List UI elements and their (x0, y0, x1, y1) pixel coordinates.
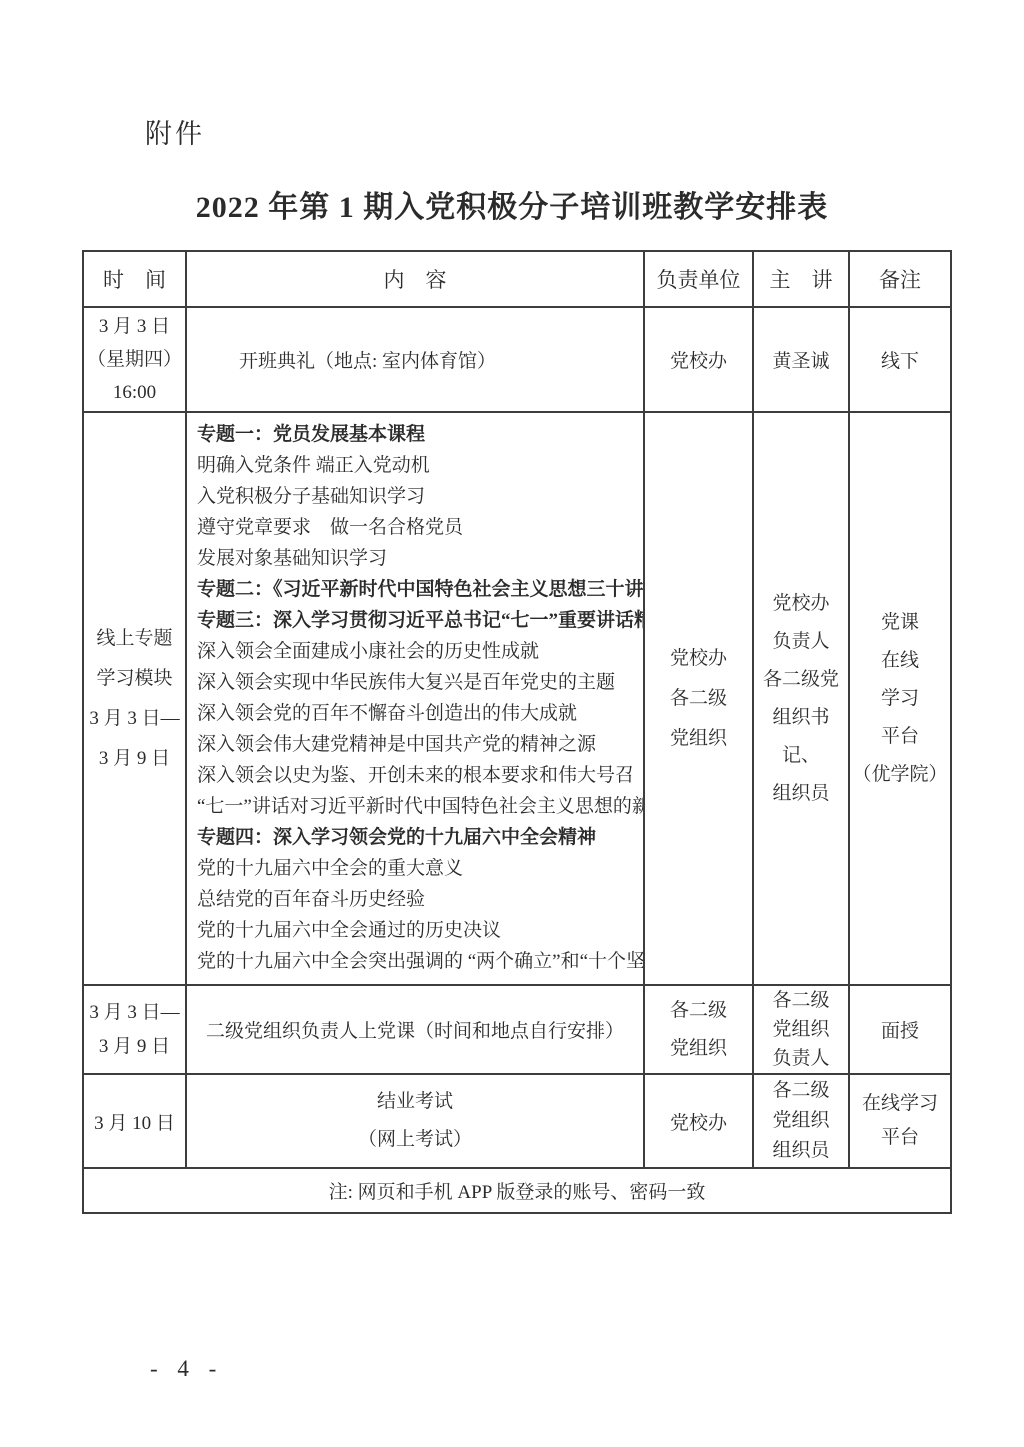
text-line: 党的十九届六中全会突出强调的 “两个确立”和“十个坚持” (197, 946, 637, 977)
text-line: 党的十九届六中全会的重大意义 (197, 853, 637, 884)
text-line: 组织员 (754, 1136, 848, 1166)
cell-speaker: 党校办负责人各二级党组织书记、组织员 (753, 412, 849, 985)
cell-speaker: 各二级党组织负责人 (753, 985, 849, 1074)
text-line: 总结党的百年奋斗历史经验 (197, 884, 637, 915)
table-row: 3 月 3 日—3 月 9 日 二级党组织负责人上党课（时间和地点自行安排） 各… (83, 985, 951, 1074)
text-line: 16:00 (84, 376, 185, 409)
document-page: 附件 2022 年第 1 期入党积极分子培训班教学安排表 时 间 内 容 负责单… (0, 0, 1024, 1447)
header-note: 备注 (849, 251, 951, 307)
cell-unit: 党校办 (644, 1074, 753, 1168)
text-line: 党课 (850, 604, 950, 642)
text-line: 负责人 (754, 1044, 848, 1073)
text-line: 各二级 (754, 986, 848, 1015)
header-speaker: 主 讲 (753, 251, 849, 307)
text-line: 结业考试 (187, 1083, 643, 1121)
cell-unit: 党校办各二级党组织 (644, 412, 753, 985)
cell-content: 二级党组织负责人上党课（时间和地点自行安排） (186, 985, 644, 1074)
text-line: 学习 (850, 680, 950, 718)
text-line: 3 月 3 日 (84, 310, 185, 343)
cell-content: 专题一：党员发展基本课程明确入党条件 端正入党动机入党积极分子基础知识学习遵守党… (186, 412, 644, 985)
cell-time: 3 月 3 日—3 月 9 日 (83, 985, 186, 1074)
cell-note: 党课在线学习平台（优学院） (849, 412, 951, 985)
table-row: 3 月 10 日 结业考试（网上考试） 党校办 各二级党组织组织员 在线学习平台 (83, 1074, 951, 1168)
cell-note: 线下 (849, 307, 951, 412)
cell-speaker: 黄圣诚 (753, 307, 849, 412)
text-line: 深入领会全面建成小康社会的历史性成就 (197, 636, 637, 667)
table-footer-row: 注: 网页和手机 APP 版登录的账号、密码一致 (83, 1168, 951, 1213)
text-line: 党校办 (754, 585, 848, 623)
text-line: 党组织 (754, 1015, 848, 1044)
text-line: （网上考试） (187, 1121, 643, 1159)
table-row: 3 月 3 日（星期四）16:00 开班典礼（地点: 室内体育馆） 党校办 黄圣… (83, 307, 951, 412)
footer-note: 注: 网页和手机 APP 版登录的账号、密码一致 (83, 1168, 951, 1213)
text-line: 深入领会党的百年不懈奋斗创造出的伟大成就 (197, 698, 637, 729)
text-line: 3 月 9 日 (84, 739, 185, 779)
text-line: 各二级 (645, 992, 752, 1030)
text-line: 学习模块 (84, 659, 185, 699)
header-content: 内 容 (186, 251, 644, 307)
text-line: 入党积极分子基础知识学习 (197, 481, 637, 512)
schedule-table: 时 间 内 容 负责单位 主 讲 备注 3 月 3 日（星期四）16:00 开班… (82, 250, 952, 1214)
table-row: 线上专题学习模块3 月 3 日—3 月 9 日 专题一：党员发展基本课程明确入党… (83, 412, 951, 985)
cell-unit: 各二级党组织 (644, 985, 753, 1074)
cell-time: 3 月 10 日 (83, 1074, 186, 1168)
text-line: 深入领会伟大建党精神是中国共产党的精神之源 (197, 729, 637, 760)
text-line: 党的十九届六中全会通过的历史决议 (197, 915, 637, 946)
text-line: 党组织 (754, 1106, 848, 1136)
text-line: 各二级 (645, 679, 752, 719)
cell-speaker: 各二级党组织组织员 (753, 1074, 849, 1168)
text-line: 专题三：深入学习贯彻习近平总书记“七一”重要讲话精神 (197, 605, 637, 636)
cell-time: 3 月 3 日（星期四）16:00 (83, 307, 186, 412)
text-line: 明确入党条件 端正入党动机 (197, 450, 637, 481)
text-line: 深入领会实现中华民族伟大复兴是百年党史的主题 (197, 667, 637, 698)
text-line: 平台 (850, 1121, 950, 1155)
cell-time: 线上专题学习模块3 月 3 日—3 月 9 日 (83, 412, 186, 985)
text-line: 负责人 (754, 623, 848, 661)
text-line: 组织书记、 (754, 699, 848, 775)
text-line: 组织员 (754, 775, 848, 813)
table-header-row: 时 间 内 容 负责单位 主 讲 备注 (83, 251, 951, 307)
page-number: - 4 - (150, 1356, 223, 1382)
text-line: 各二级 (754, 1076, 848, 1106)
text-line: 遵守党章要求 做一名合格党员 (197, 512, 637, 543)
attachment-label: 附件 (145, 112, 205, 151)
text-line: 党组织 (645, 1030, 752, 1068)
text-line: 党校办 (645, 639, 752, 679)
cell-content: 开班典礼（地点: 室内体育馆） (186, 307, 644, 412)
text-line: 3 月 9 日 (84, 1030, 185, 1064)
text-line: （星期四） (84, 343, 185, 376)
text-line: 党校办 (645, 346, 752, 373)
text-line: 各二级党 (754, 661, 848, 699)
header-time: 时 间 (83, 251, 186, 307)
text-line: 专题二：《习近平新时代中国特色社会主义思想三十讲》 (197, 574, 637, 605)
text-line: 二级党组织负责人上党课（时间和地点自行安排） (187, 1016, 643, 1043)
text-line: 党校办 (645, 1108, 752, 1135)
text-line: 线下 (850, 346, 950, 373)
header-unit: 负责单位 (644, 251, 753, 307)
text-line: 线上专题 (84, 619, 185, 659)
text-line: 3 月 3 日— (84, 996, 185, 1030)
text-line: 在线学习 (850, 1087, 950, 1121)
text-line: 平台 (850, 718, 950, 756)
text-line: 3 月 10 日 (84, 1108, 185, 1135)
cell-content: 结业考试（网上考试） (186, 1074, 644, 1168)
text-line: （优学院） (850, 756, 950, 794)
cell-note: 在线学习平台 (849, 1074, 951, 1168)
text-line: 3 月 3 日— (84, 699, 185, 739)
text-line: 发展对象基础知识学习 (197, 543, 637, 574)
cell-unit: 党校办 (644, 307, 753, 412)
text-line: “七一”讲话对习近平新时代中国特色社会主义思想的新发展 (197, 791, 637, 822)
text-line: 深入领会以史为鉴、开创未来的根本要求和伟大号召 (197, 760, 637, 791)
text-line: 黄圣诚 (754, 346, 848, 373)
page-title: 2022 年第 1 期入党积极分子培训班教学安排表 (0, 182, 1024, 226)
text-line: 党组织 (645, 719, 752, 759)
cell-note: 面授 (849, 985, 951, 1074)
text-line: 开班典礼（地点: 室内体育馆） (239, 346, 643, 373)
text-line: 面授 (850, 1016, 950, 1043)
text-line: 在线 (850, 642, 950, 680)
text-line: 专题一：党员发展基本课程 (197, 419, 637, 450)
text-line: 专题四：深入学习领会党的十九届六中全会精神 (197, 822, 637, 853)
